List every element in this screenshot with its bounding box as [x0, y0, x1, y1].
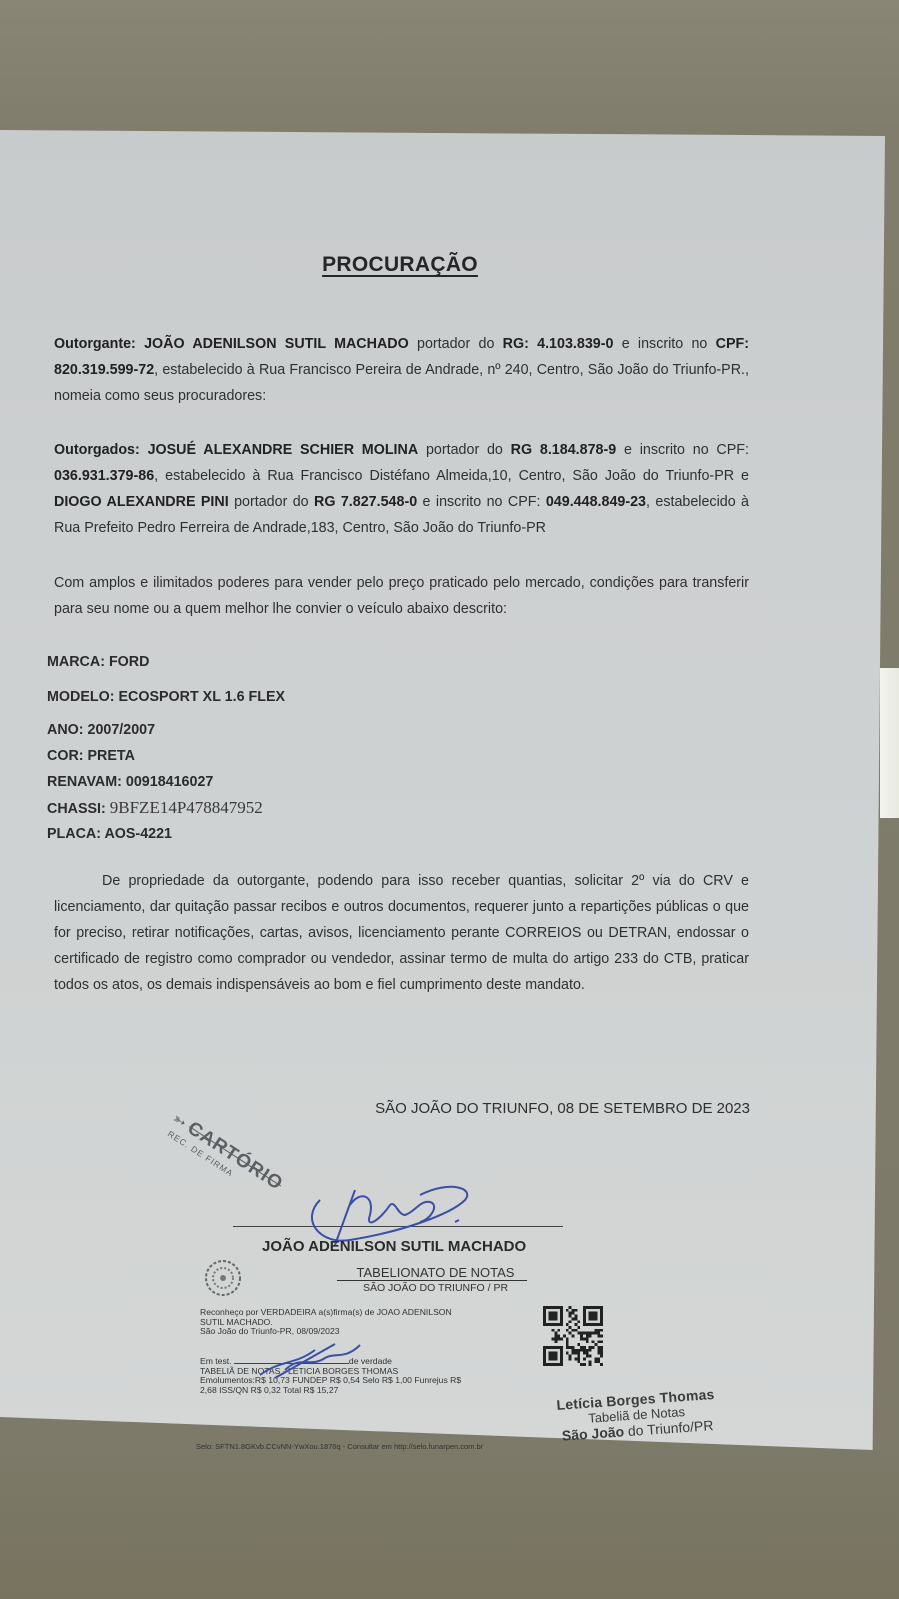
- text: e inscrito no: [613, 336, 715, 352]
- outorgante-cpf-label: CPF:: [716, 336, 749, 352]
- coat-of-arms-icon: [203, 1258, 243, 1298]
- notary-signature-icon: [255, 1340, 365, 1380]
- text: e inscrito no CPF:: [616, 442, 749, 458]
- vehicle-details: MARCA: FORD MODELO: ECOSPORT XL 1.6 FLEX…: [47, 647, 285, 847]
- recognition-date: São João do Triunfo-PR, 08/09/2023: [200, 1327, 520, 1337]
- outorgante-address: , estabelecido à Rua Francisco Pereira d…: [54, 362, 749, 404]
- text: portador do: [229, 494, 314, 510]
- qr-code-icon: [543, 1306, 603, 1366]
- selo-line: Selo: SFTN1.8GKvb.CCvNN-YwXou.1876q - Co…: [196, 1442, 483, 1451]
- fees-total-line: 2,68 ISS/QN R$ 0,32 Total R$ 15,27: [200, 1386, 530, 1396]
- notary-fees-text: Em test. de verdade TABELIÃ DE NOTAS - L…: [200, 1356, 530, 1395]
- cartorio-stamp: ➳ CARTÓRIO REC. DE FIRMA: [163, 1108, 287, 1204]
- vehicle-ano: ANO: 2007/2007: [47, 717, 285, 743]
- outorgado-1-name: JOSUÉ ALEXANDRE SCHIER MOLINA: [148, 442, 419, 458]
- text: portador do: [409, 336, 503, 352]
- outorgante-label: Outorgante:: [54, 336, 136, 352]
- text: e inscrito no CPF:: [417, 494, 546, 510]
- notary-city: SÃO JOÃO DO TRIUNFO / PR: [338, 1282, 533, 1294]
- outorgado-1-cpf: 036.931.379-86: [54, 468, 154, 484]
- vehicle-marca: MARCA: FORD: [47, 647, 285, 682]
- document-title: PROCURAÇÃO: [0, 253, 800, 277]
- notary-title-underline: [337, 1280, 527, 1281]
- outorgante-rg: RG: 4.103.839-0: [503, 336, 614, 352]
- em-test: Em test.: [200, 1356, 232, 1366]
- document: PROCURAÇÃO Outorgante: JOÃO ADENILSON SU…: [0, 0, 899, 1599]
- outorgante-paragraph: Outorgante: JOÃO ADENILSON SUTIL MACHADO…: [54, 331, 749, 409]
- chassi-label: CHASSI:: [47, 801, 110, 817]
- vehicle-chassi: CHASSI: 9BFZE14P478847952: [47, 795, 285, 821]
- outorgado-1-address: , estabelecido à Rua Francisco Distéfano…: [154, 468, 749, 484]
- tabelia-city-bold: São João: [561, 1423, 624, 1443]
- outorgado-1-rg: RG 8.184.878-9: [511, 442, 617, 458]
- chassi-value: 9BFZE14P478847952: [110, 798, 263, 817]
- outorgante-cpf: 820.319.599-72: [54, 362, 154, 378]
- vehicle-cor: COR: PRETA: [47, 743, 285, 769]
- outorgado-2-cpf: 049.448.849-23: [546, 494, 646, 510]
- outorgado-2-name: DIOGO ALEXANDRE PINI: [54, 494, 229, 510]
- place-date: SÃO JOÃO DO TRIUNFO, 08 DE SETEMBRO DE 2…: [340, 1100, 750, 1117]
- text: portador do: [418, 442, 510, 458]
- signer-name: JOÃO ADENILSON SUTIL MACHADO: [262, 1238, 526, 1255]
- outorgado-2-rg: RG 7.827.548-0: [314, 494, 417, 510]
- vehicle-placa: PLACA: AOS-4221: [47, 821, 285, 847]
- powers-paragraph: Com amplos e ilimitados poderes para ven…: [54, 570, 749, 622]
- em-test-line: Em test. de verdade: [200, 1356, 530, 1367]
- recognition-text: Reconheço por VERDADEIRA a(s)firma(s) de…: [200, 1308, 520, 1337]
- vehicle-modelo: MODELO: ECOSPORT XL 1.6 FLEX: [47, 682, 285, 717]
- clause-paragraph: De propriedade da outorgante, podendo pa…: [54, 868, 749, 998]
- tabelia-stamp: Letícia Borges Thomas Tabeliã de Notas S…: [556, 1386, 717, 1444]
- outorgados-label: Outorgados:: [54, 442, 140, 458]
- notary-title: TABELIONATO DE NOTAS: [338, 1265, 533, 1280]
- outorgante-name: JOÃO ADENILSON SUTIL MACHADO: [144, 336, 409, 352]
- signature-icon: [280, 1160, 500, 1250]
- outorgados-paragraph: Outorgados: JOSUÉ ALEXANDRE SCHIER MOLIN…: [54, 437, 749, 541]
- vehicle-renavam: RENAVAM: 00918416027: [47, 769, 285, 795]
